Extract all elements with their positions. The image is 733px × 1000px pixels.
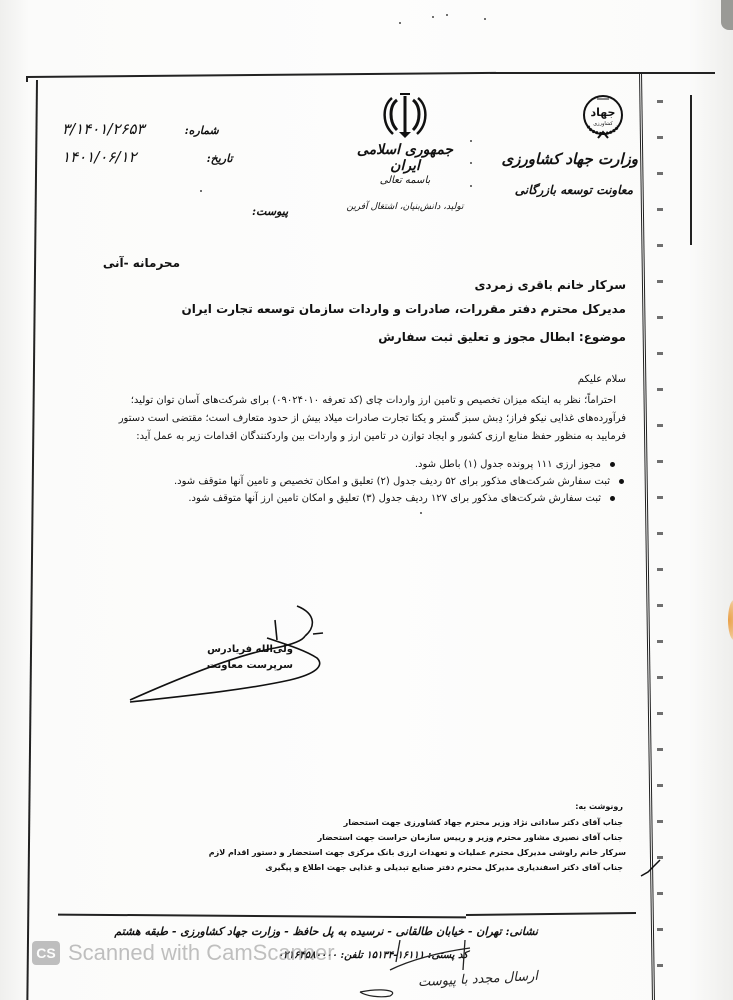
scan-speck [446,14,448,16]
cc-list: جناب آقای دکتر ساداتی نژاد وزیر محترم جه… [209,815,626,875]
basmala-text: باسمه تعالی [340,175,470,186]
letter-number-row: شماره: ۳/۱۴۰۱/۲۶۵۳ [62,120,219,138]
cc-item: جناب آقای نصیری مشاور محترم وزیر و رییس … [209,830,626,845]
scanned-letter-page: شماره: ۳/۱۴۰۱/۲۶۵۳ تاریخ: ۱۴۰۱/۰۶/۱۲ پیو… [0,0,733,1000]
scan-speck [470,162,472,164]
letter-subject: موضوع: ابطال مجوز و تعلیق ثبت سفارش [378,330,626,344]
frame-left-rule [26,80,38,1000]
footer-rule-right [466,909,636,917]
scan-speck [200,190,202,192]
action-item: مجوز ارزی ۱۱۱ پرونده جدول (۱) باطل شود. [106,456,626,473]
republic-title: جمهوری اسلامی ایران [340,142,470,174]
letter-date-label: تاریخ: [207,152,233,165]
recipient-name: سرکار خانم باقری زمردی [474,278,626,292]
margin-bar [690,95,692,245]
footer-address: نشانی: تهران - خیابان طالقانی - نرسیده ب… [114,925,538,938]
scan-edge-shadow [721,0,733,30]
jihad-keshavarzi-emblem-icon: جهاد کشاورزی [578,92,628,142]
scan-speck [470,140,472,142]
cc-heading: رونوشت به: [575,802,623,811]
stain-mark [728,600,733,640]
signer-title: سرپرست معاونت [207,660,293,671]
letter-number-label: شماره: [185,124,219,137]
body-line: فرآورده‌های غذایی نیکو فراز؛ دِبش سبز گس… [86,410,626,428]
letter-date-row: تاریخ: ۱۴۰۱/۰۶/۱۲ [62,148,233,166]
footer-rule [58,914,466,919]
scan-speck [420,512,422,514]
scan-speck [470,185,472,187]
scan-speck [399,22,401,24]
cc-check-mark [640,858,662,878]
frame-top-rule-right [490,72,715,74]
salutation: سلام علیکم [578,374,626,385]
letter-number-value: ۳/۱۴۰۱/۲۶۵۳ [62,120,145,138]
deputy-office-name: معاونت توسعه بازرگانی [515,183,633,197]
iran-emblem-icon [383,92,427,140]
action-item: ثبت سفارش شرکت‌های مذکور برای ۵۲ ردیف جد… [106,473,626,490]
cc-item: جناب آقای دکتر اسفندیاری مدیرکل محترم دف… [209,860,626,875]
frame-corner-tick [26,76,28,82]
scan-speck [432,16,434,18]
action-list: مجوز ارزی ۱۱۱ پرونده جدول (۱) باطل شود. … [106,456,626,507]
cc-item: سرکار خانم راوشی مدیرکل محترم عملیات و ت… [209,845,626,860]
frame-top-rule [26,72,496,78]
svg-text:کشاورزی: کشاورزی [593,121,613,127]
body-paragraph: احتراماً؛ نظر به اینکه میزان تخصیص و تام… [86,392,626,446]
cc-item: جناب آقای دکتر ساداتی نژاد وزیر محترم جه… [209,815,626,830]
action-item: ثبت سفارش شرکت‌های مذکور برای ۱۲۷ ردیف ج… [106,490,626,507]
recipient-title: مدیرکل محترم دفتر مقررات، صادرات و واردا… [181,302,626,316]
classification-label: محرمانه -آنی [60,256,180,270]
handwritten-signature [125,600,335,710]
state-header: جمهوری اسلامی ایران باسمه تعالی تولید، د… [340,92,470,212]
letter-attachment-label: پیوست: [252,205,288,218]
ministry-name: وزارت جهاد کشاورزی [502,150,638,168]
year-slogan: تولید، دانش‌بنیان، اشتغال آفرین [340,202,470,212]
camscanner-watermark: CS Scanned with CamScanner [32,940,335,966]
body-line: فرمایید به منظور حفظ منابع ارزی کشور و ا… [86,428,626,446]
camscanner-text: Scanned with CamScanner [68,940,335,966]
scan-speck [484,18,486,20]
letter-date-value: ۱۴۰۱/۰۶/۱۲ [62,148,137,166]
body-line: احتراماً؛ نظر به اینکه میزان تخصیص و تام… [86,392,626,410]
signer-name: ولی‌الله فریادرس [207,644,293,655]
letter-attachment-row: پیوست: [212,205,288,218]
svg-text:جهاد: جهاد [591,106,616,119]
camscanner-logo-icon: CS [32,941,60,965]
